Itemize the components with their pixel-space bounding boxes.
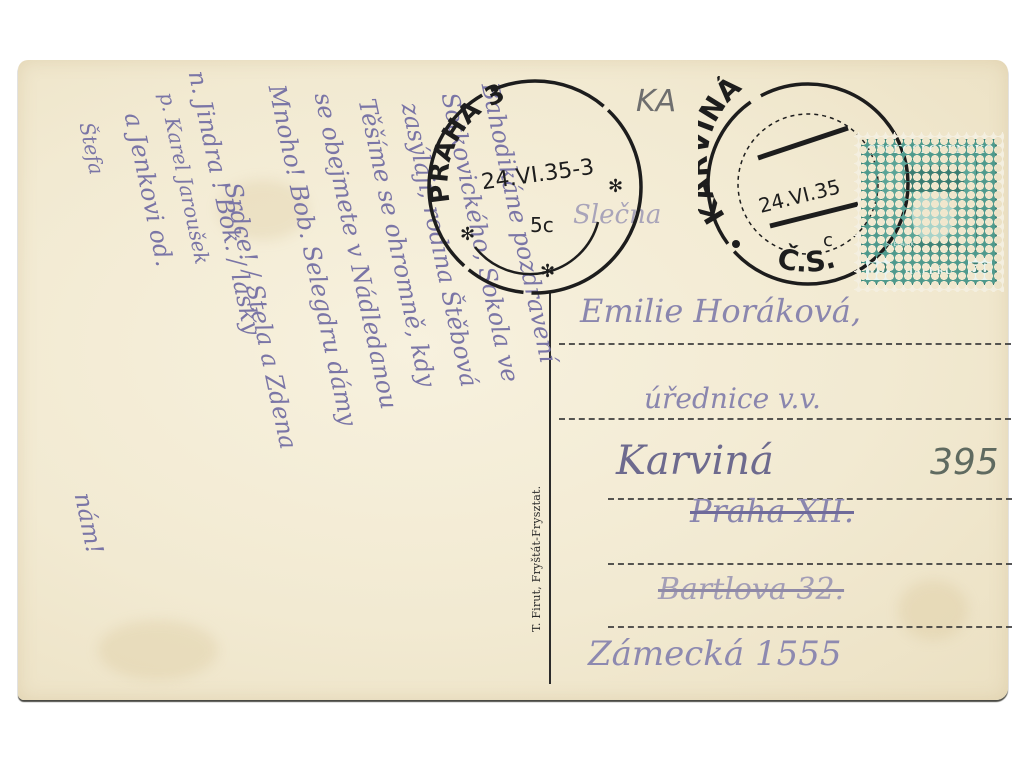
address-city: Karviná (616, 438, 774, 484)
svg-text:✻: ✻ (608, 176, 623, 197)
address-old-street: Bartlova 32. (658, 572, 844, 607)
svg-text:✻: ✻ (540, 261, 555, 282)
svg-text:✻: ✻ (460, 224, 475, 245)
stamp-portrait-name: ŠTEFÁNIK (886, 241, 914, 248)
message-line: Štefa (75, 120, 109, 177)
postcard: T. Firut, Fryštát-Frysztat. Slečna Emili… (18, 60, 1008, 700)
stamp-portrait: ŠTEFÁNIK (881, 159, 977, 251)
stamp-denomination-right: 50 (968, 258, 992, 280)
address-line-2 (559, 418, 1011, 420)
message-line: nám! (69, 490, 109, 557)
postage-stamp: ČESKOSLOVENSKO ŠTEFÁNIK 50 HALÉŘŮ 50 (854, 132, 1004, 292)
address-line-5 (608, 626, 1012, 628)
paper-stain (898, 580, 968, 640)
stamp-country: ČESKOSLOVENSKO (867, 143, 991, 156)
stamp-currency: HALÉŘŮ (893, 267, 965, 277)
praha-postmark-code: 5c (530, 213, 554, 237)
address-old-city: Praha XII. (690, 492, 854, 530)
address-title: úřednice v.v. (644, 382, 821, 415)
address-city-number: 395 (930, 442, 999, 483)
stamp-denomination-left: 50 (866, 258, 890, 280)
address-line-4 (608, 563, 1012, 565)
address-new-street: Zámecká 1555 (588, 634, 842, 674)
karvina-postmark-code: c (823, 230, 833, 251)
paper-stain (98, 620, 218, 680)
praha-postmark: PRAHA 3 24.VI.35-3 5c ✻ ✻ ✻ (420, 72, 650, 302)
address-line-1 (559, 343, 1011, 345)
praha-postmark-date: 24.VI.35-3 (480, 155, 596, 196)
svg-text:KARVINÁ: KARVINÁ (698, 76, 748, 230)
publisher-imprint: T. Firut, Fryštát-Frysztat. (530, 486, 543, 632)
